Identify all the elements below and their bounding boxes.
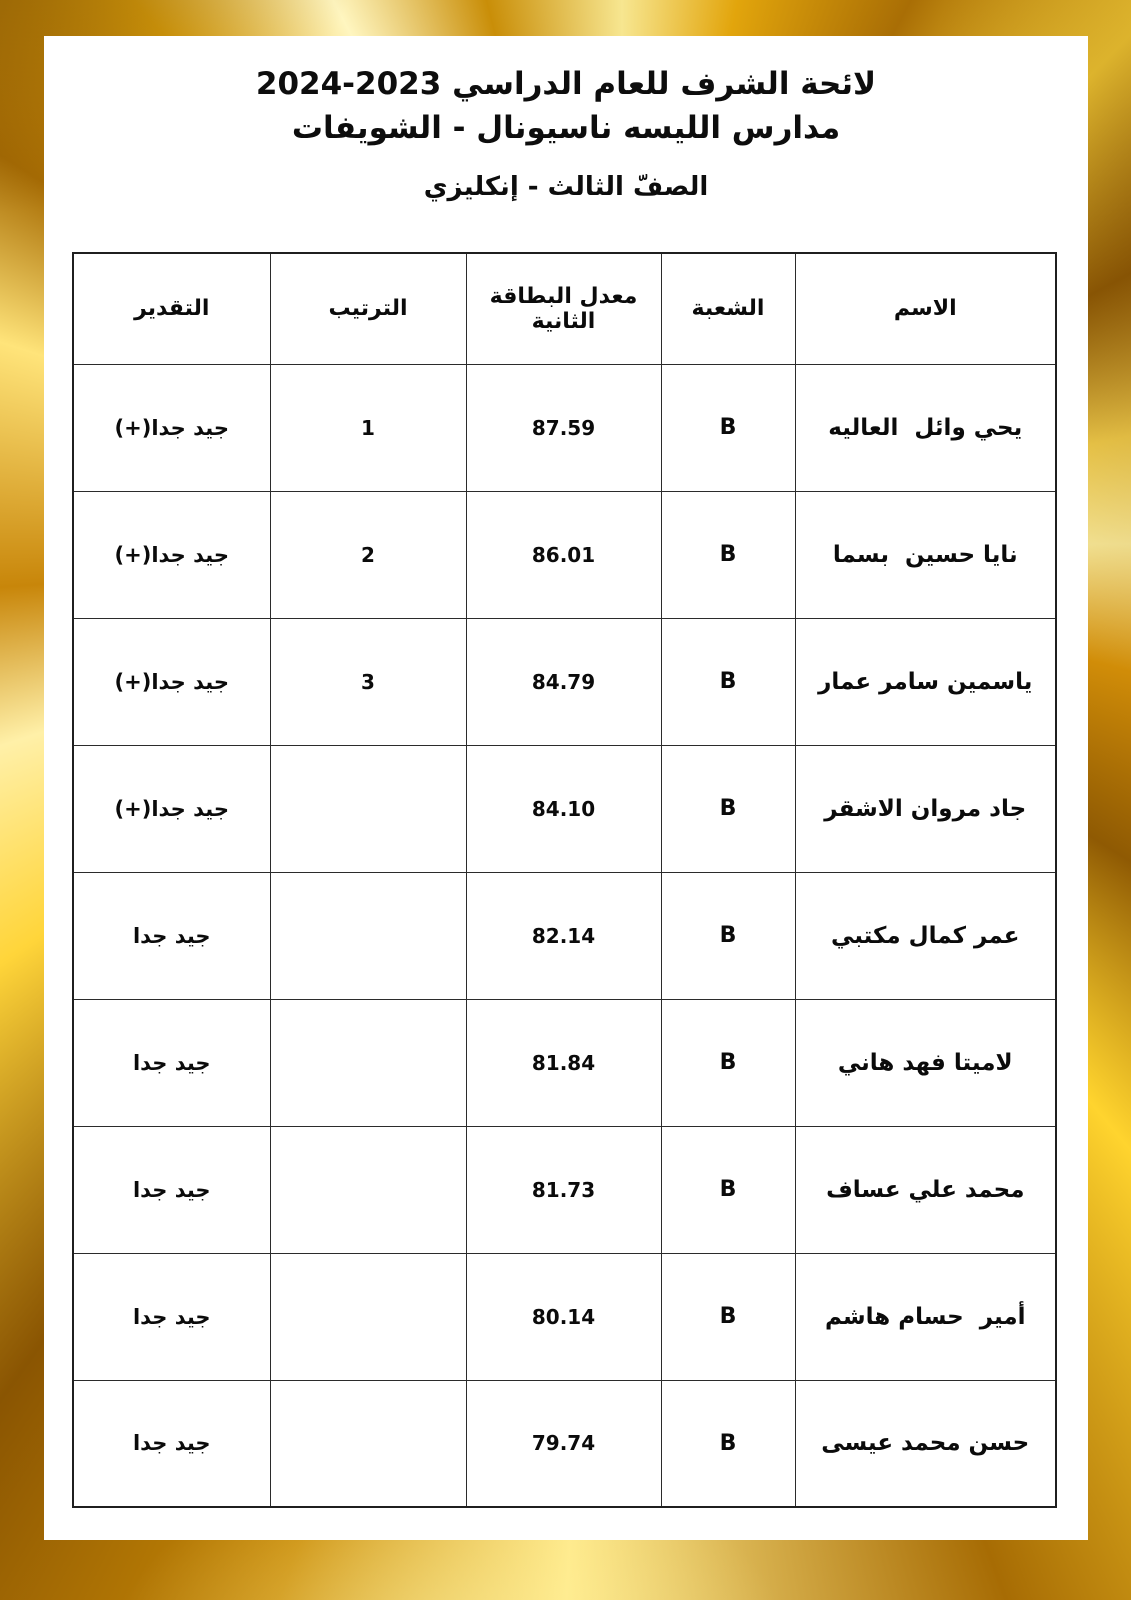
- average-cell: 81.73: [466, 1126, 661, 1253]
- grade-cell: جيد جدا: [73, 1380, 270, 1507]
- table-row: لاميتا فهد هاني B 81.84 جيد جدا: [73, 999, 1056, 1126]
- table-row: نايا حسين بسما B 86.01 2 جيد جدا(+): [73, 491, 1056, 618]
- rank-cell: 2: [270, 491, 466, 618]
- name-cell: محمد علي عساف: [795, 1126, 1056, 1253]
- document-card: لائحة الشرف للعام الدراسي 2023-2024 مدار…: [44, 36, 1088, 1540]
- section-cell: B: [661, 745, 795, 872]
- average-cell: 87.59: [466, 364, 661, 491]
- average-cell: 81.84: [466, 999, 661, 1126]
- average-cell: 84.10: [466, 745, 661, 872]
- rank-cell: 1: [270, 364, 466, 491]
- col-header-rank: الترتيب: [270, 253, 466, 364]
- grade-cell: جيد جدا: [73, 872, 270, 999]
- section-cell: B: [661, 872, 795, 999]
- col-header-average: معدل البطاقة الثانية: [466, 253, 661, 364]
- name-cell: عمر كمال مكتبي: [795, 872, 1056, 999]
- grade-cell: جيد جدا(+): [73, 618, 270, 745]
- name-cell: ياسمين سامر عمار: [795, 618, 1056, 745]
- header-row: الاسم الشعبة معدل البطاقة الثانية الترتي…: [73, 253, 1056, 364]
- rank-cell: [270, 1126, 466, 1253]
- rank-cell: 3: [270, 618, 466, 745]
- section-cell: B: [661, 999, 795, 1126]
- section-cell: B: [661, 491, 795, 618]
- rank-cell: [270, 872, 466, 999]
- golden-background: { "header": { "title_line1": "لائحة الشر…: [0, 0, 1131, 1600]
- average-cell: 86.01: [466, 491, 661, 618]
- name-cell: لاميتا فهد هاني: [795, 999, 1056, 1126]
- rank-cell: [270, 745, 466, 872]
- grade-cell: جيد جدا: [73, 999, 270, 1126]
- section-cell: B: [661, 1126, 795, 1253]
- name-cell: جاد مروان الاشقر: [795, 745, 1056, 872]
- grade-cell: جيد جدا(+): [73, 491, 270, 618]
- grade-cell: جيد جدا: [73, 1253, 270, 1380]
- average-cell: 80.14: [466, 1253, 661, 1380]
- col-header-grade: التقدير: [73, 253, 270, 364]
- name-cell: حسن محمد عيسى: [795, 1380, 1056, 1507]
- table-row: جاد مروان الاشقر B 84.10 جيد جدا(+): [73, 745, 1056, 872]
- table-row: حسن محمد عيسى B 79.74 جيد جدا: [73, 1380, 1056, 1507]
- rank-cell: [270, 1253, 466, 1380]
- table-row: أمير حسام هاشم B 80.14 جيد جدا: [73, 1253, 1056, 1380]
- average-cell: 84.79: [466, 618, 661, 745]
- document-title: لائحة الشرف للعام الدراسي 2023-2024 مدار…: [44, 36, 1088, 150]
- name-cell: نايا حسين بسما: [795, 491, 1056, 618]
- table-row: محمد علي عساف B 81.73 جيد جدا: [73, 1126, 1056, 1253]
- rank-cell: [270, 999, 466, 1126]
- title-line-1: لائحة الشرف للعام الدراسي 2023-2024: [44, 62, 1088, 106]
- col-header-name: الاسم: [795, 253, 1056, 364]
- class-subtitle: الصفّ الثالث - إنكليزي: [44, 172, 1088, 202]
- grade-cell: جيد جدا(+): [73, 745, 270, 872]
- section-cell: B: [661, 1380, 795, 1507]
- section-cell: B: [661, 618, 795, 745]
- title-line-2: مدارس الليسه ناسيونال - الشويفات: [44, 106, 1088, 150]
- average-cell: 82.14: [466, 872, 661, 999]
- name-cell: يحي وائل العاليه: [795, 364, 1056, 491]
- grade-cell: جيد جدا(+): [73, 364, 270, 491]
- section-cell: B: [661, 1253, 795, 1380]
- grade-cell: جيد جدا: [73, 1126, 270, 1253]
- average-cell: 79.74: [466, 1380, 661, 1507]
- table-row: يحي وائل العاليه B 87.59 1 جيد جدا(+): [73, 364, 1056, 491]
- table-row: عمر كمال مكتبي B 82.14 جيد جدا: [73, 872, 1056, 999]
- rank-cell: [270, 1380, 466, 1507]
- section-cell: B: [661, 364, 795, 491]
- col-header-section: الشعبة: [661, 253, 795, 364]
- honor-roll-table: الاسم الشعبة معدل البطاقة الثانية الترتي…: [72, 252, 1057, 1508]
- name-cell: أمير حسام هاشم: [795, 1253, 1056, 1380]
- table-row: ياسمين سامر عمار B 84.79 3 جيد جدا(+): [73, 618, 1056, 745]
